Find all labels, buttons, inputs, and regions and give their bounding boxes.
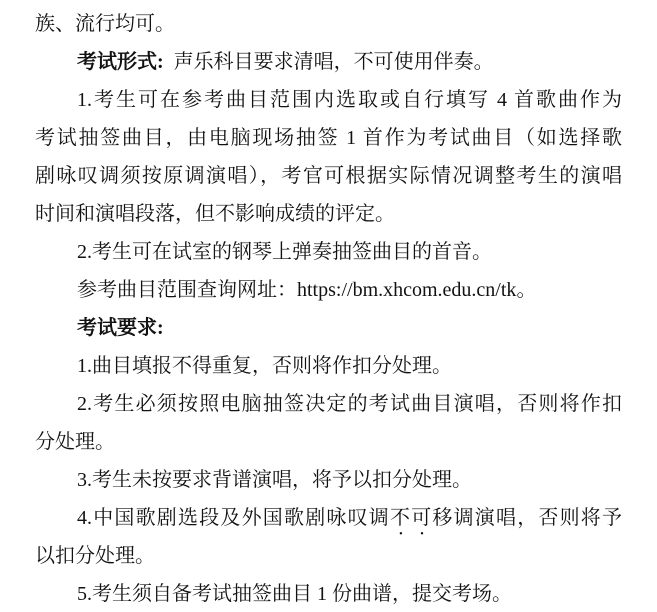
reference-url: https://bm.xhcom.edu.cn/tk: [297, 279, 516, 301]
line-text: 以扣分处理。: [35, 545, 155, 567]
exam-requirements-heading: 考试要求:: [35, 309, 622, 347]
requirement3-line: 3.考生未按要求背谱演唱，将予以扣分处理。: [35, 461, 622, 499]
reference-url-line: 参考曲目范围查询网址：https://bm.xhcom.edu.cn/tk。: [35, 271, 622, 309]
document-page: 族、流行均可。 考试形式:声乐科目要求清唱，不可使用伴奏。 1.考生可在参考曲目…: [0, 0, 657, 612]
rule1-line2: 考试抽签曲目，由电脑现场抽签 1 首作为考试曲目（如选择歌: [35, 119, 622, 157]
requirement1-line: 1.曲目填报不得重复，否则将作扣分处理。: [35, 347, 622, 385]
line-text: 5.考生须自备考试抽签曲目 1 份曲谱，提交考场。: [77, 583, 512, 605]
rule2-line: 2.考生可在试室的钢琴上弹奏抽签曲目的首音。: [35, 233, 622, 271]
rule1-line4: 时间和演唱段落，但不影响成绩的评定。: [35, 195, 622, 233]
exam-format-label: 考试形式:: [77, 51, 164, 73]
requirement5-line: 5.考生须自备考试抽签曲目 1 份曲谱，提交考场。: [35, 575, 622, 612]
line-text: 声乐科目要求清唱，不可使用伴奏。: [174, 51, 494, 73]
line-text: 。: [516, 279, 536, 301]
requirement2-line1: 2.考生必须按照电脑抽签决定的考试曲目演唱，否则将作扣: [35, 385, 622, 423]
line-text: 2.考生可在试室的钢琴上弹奏抽签曲目的首音。: [77, 241, 492, 263]
rule1-line3: 剧咏叹调须按原调演唱），考官可根据实际情况调整考生的演唱: [35, 157, 622, 195]
line-text: 族、流行均可。: [35, 13, 175, 35]
line-text: 时间和演唱段落，但不影响成绩的评定。: [35, 203, 395, 225]
line-text: 4.中国歌剧选段及外国歌剧咏叹调: [77, 507, 390, 529]
line-text: 1.曲目填报不得重复，否则将作扣分处理。: [77, 355, 452, 377]
emphasis-text: 不可: [390, 507, 432, 529]
requirement2-line2: 分处理。: [35, 423, 622, 461]
exam-format-line: 考试形式:声乐科目要求清唱，不可使用伴奏。: [35, 43, 622, 81]
line-text: 移调演唱，否则将予: [432, 507, 622, 529]
requirement4-line1: 4.中国歌剧选段及外国歌剧咏叹调不可移调演唱，否则将予: [35, 499, 622, 537]
line-text: 剧咏叹调须按原调演唱），考官可根据实际情况调整考生的演唱: [35, 165, 622, 187]
line-text: 1.考生可在参考曲目范围内选取或自行填写 4 首歌曲作为: [77, 89, 622, 111]
rule1-line1: 1.考生可在参考曲目范围内选取或自行填写 4 首歌曲作为: [35, 81, 622, 119]
line-text: 考试抽签曲目，由电脑现场抽签 1 首作为考试曲目（如选择歌: [35, 127, 622, 149]
line-text: 2.考生必须按照电脑抽签决定的考试曲目演唱，否则将作扣: [77, 393, 622, 415]
line-text: 分处理。: [35, 431, 115, 453]
document-text-block: 族、流行均可。 考试形式:声乐科目要求清唱，不可使用伴奏。 1.考生可在参考曲目…: [0, 0, 657, 612]
genre-continuation-line: 族、流行均可。: [35, 5, 622, 43]
requirement4-line2: 以扣分处理。: [35, 537, 622, 575]
exam-requirements-label: 考试要求:: [77, 317, 164, 339]
line-text: 参考曲目范围查询网址：: [77, 279, 297, 301]
line-text: 3.考生未按要求背谱演唱，将予以扣分处理。: [77, 469, 472, 491]
